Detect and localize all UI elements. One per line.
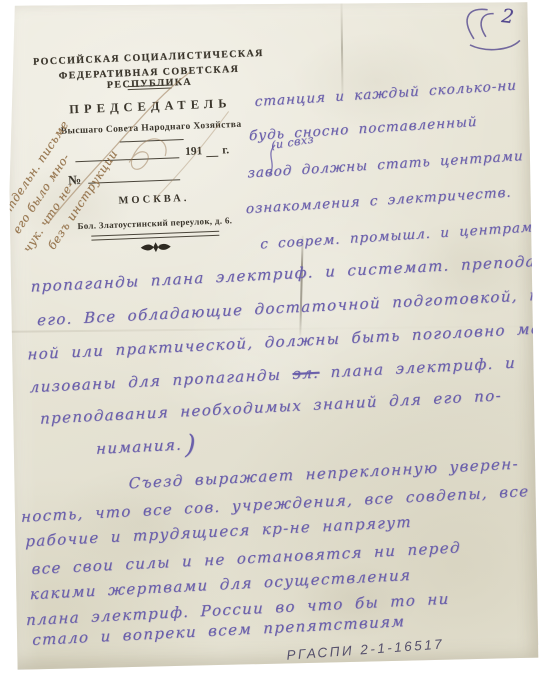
manuscript-line: преподавания необходимых знаний для его … — [40, 386, 502, 427]
manuscript-line: станция и каждый сколько-ни — [255, 78, 517, 111]
paper-sheet: РОССИЙСКАЯ СОЦИАЛИСТИЧЕСКАЯ ФЕДЕРАТИВНАЯ… — [8, 0, 539, 669]
struck-word: эл. — [292, 364, 319, 383]
archive-shelfmark: РГАСПИ 2-1-16517 — [286, 636, 445, 662]
manuscript-text: плана электриф. и — [319, 354, 516, 382]
manuscript-text: лизованы для пропаганды — [30, 365, 293, 396]
page-number-arcs-icon — [444, 2, 528, 51]
manuscript-text: нимания. — [96, 435, 183, 457]
manuscript-line: ознакомления с электричеств. — [246, 185, 512, 218]
scanned-document-page: { "page_number": "2", "letterhead": { "r… — [0, 0, 546, 679]
ink-flourish-icon — [32, 49, 256, 229]
closing-paren: ) — [185, 430, 197, 461]
fleuron-ornament-icon — [139, 241, 173, 254]
manuscript-line: завод должны стать центрами — [247, 148, 523, 181]
paper-tear — [299, 236, 303, 336]
paper-crease-vertical — [341, 2, 344, 94]
page-number: 2 — [500, 5, 514, 28]
manuscript-line: с соврем. промышл. и центрами — [260, 219, 543, 253]
manuscript-line: нимания.) — [96, 426, 197, 461]
